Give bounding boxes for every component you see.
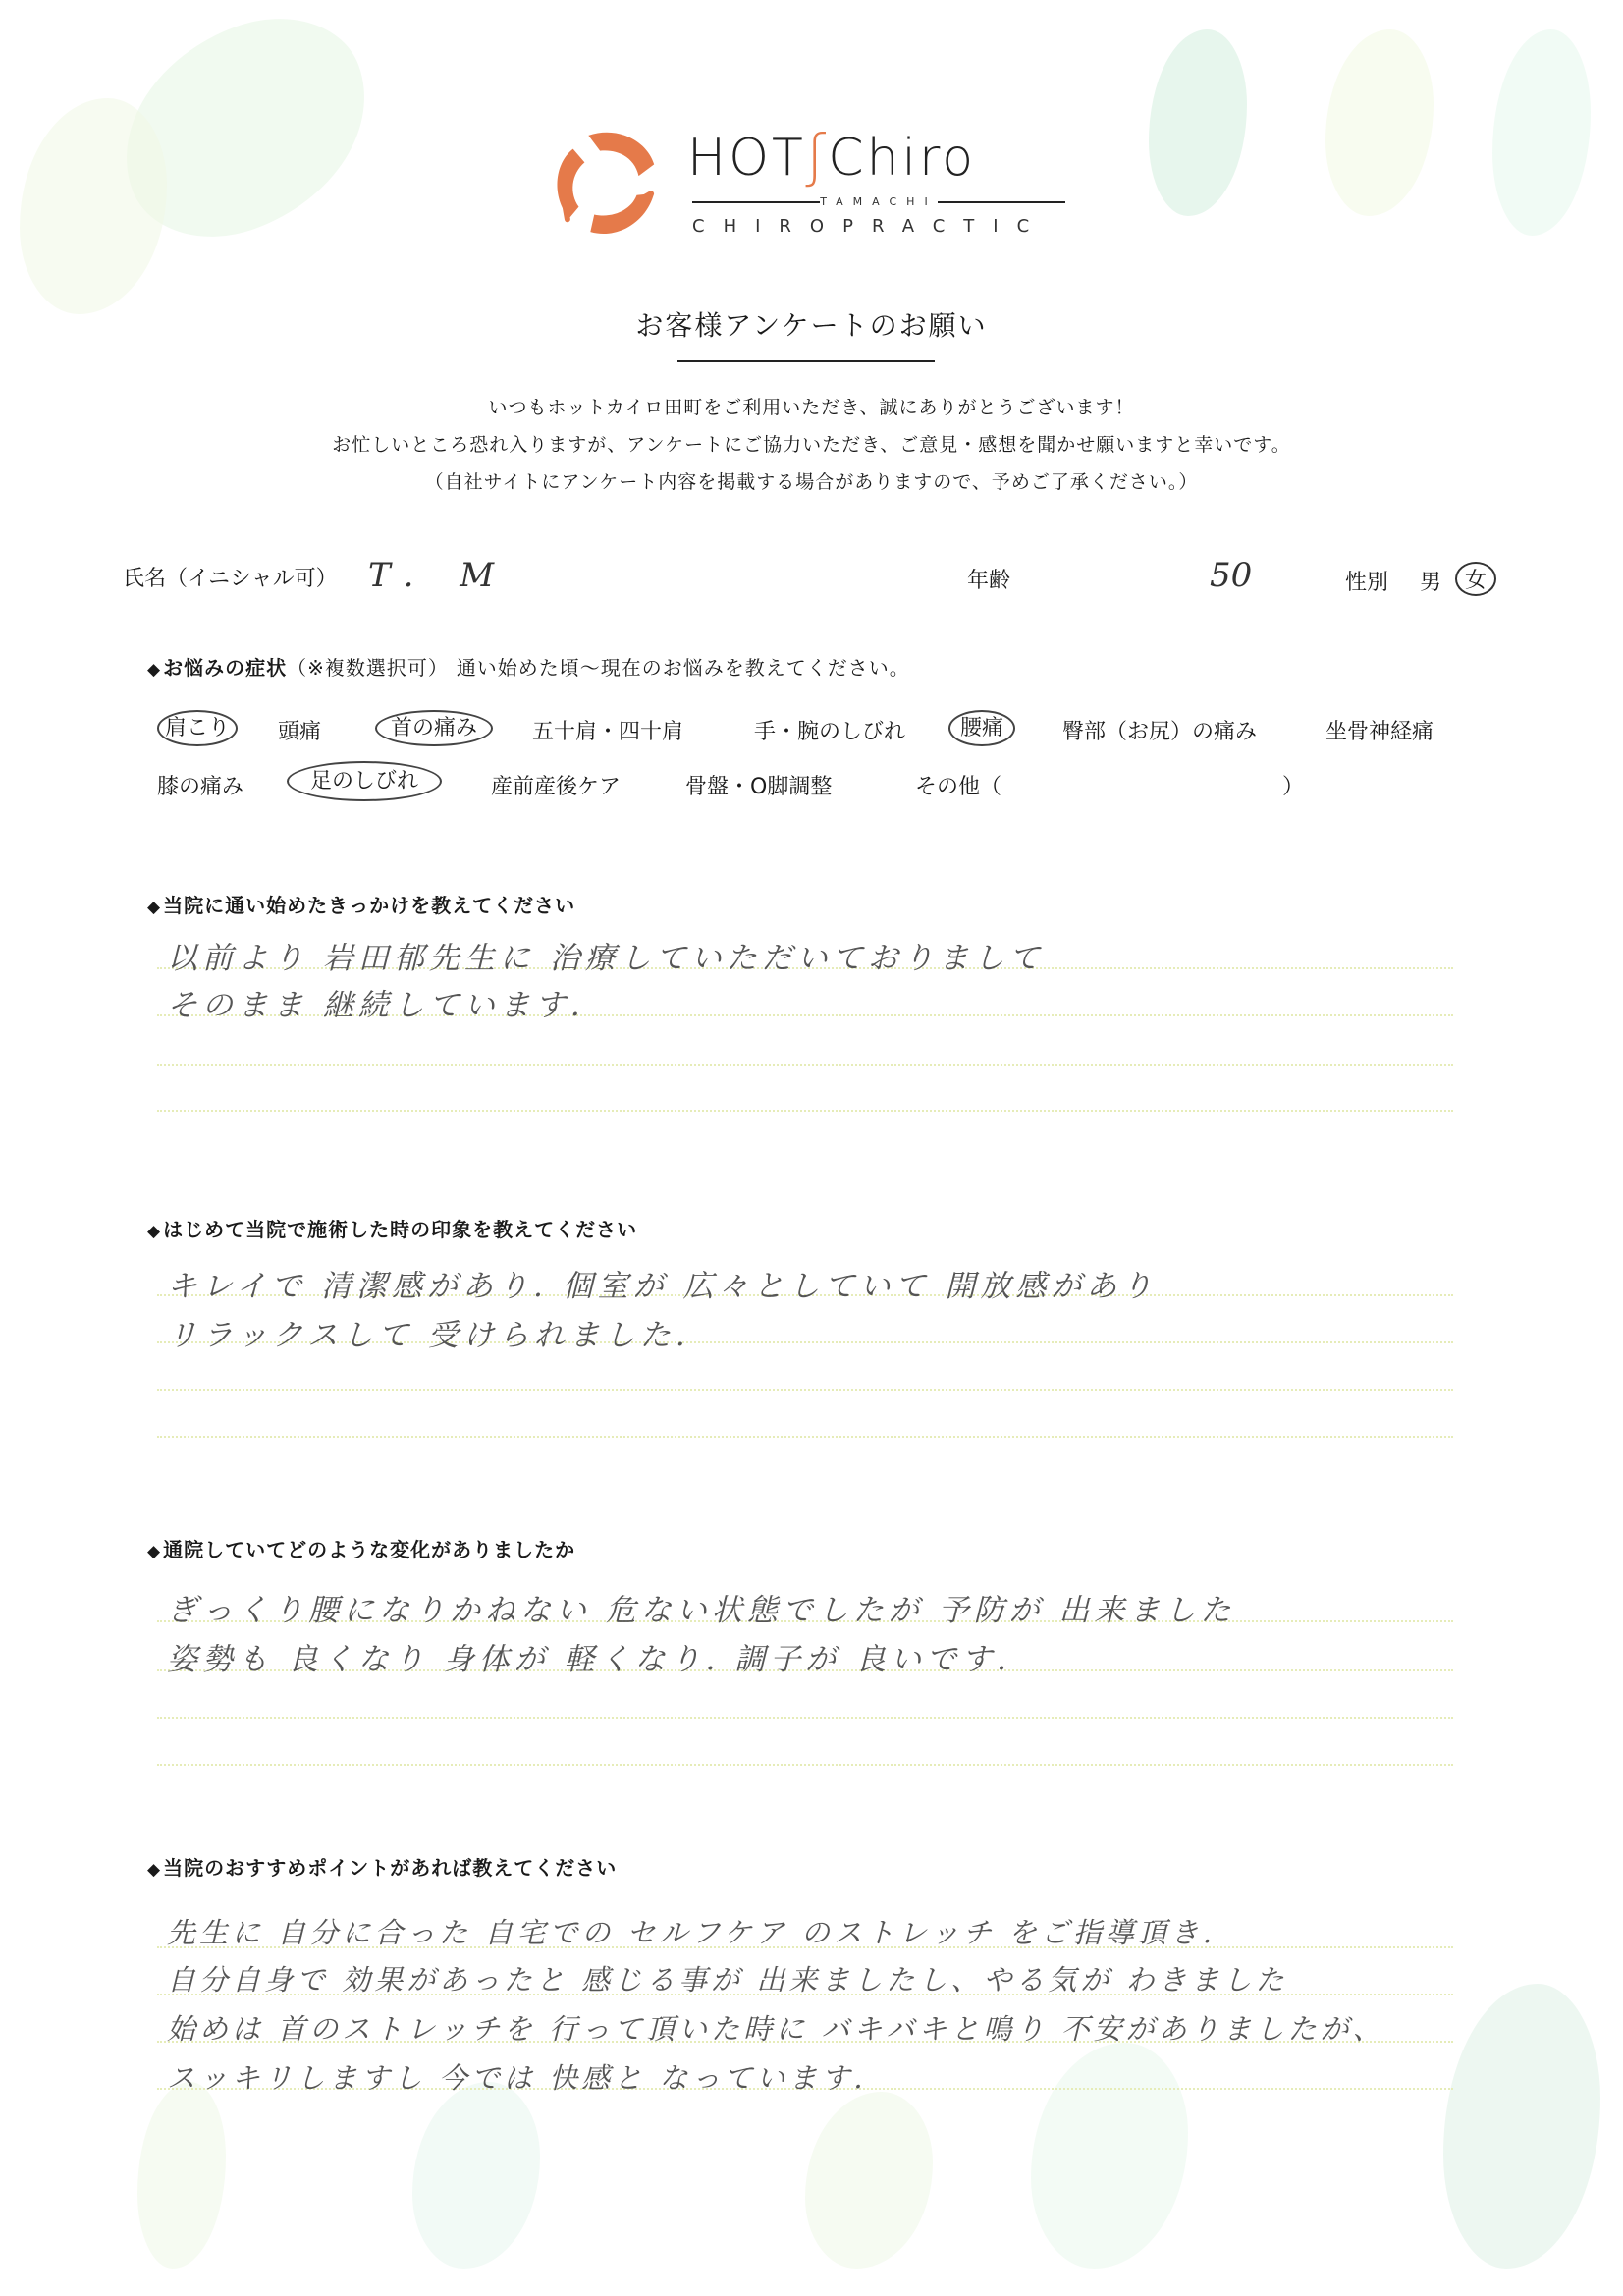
symptom-checkbox[interactable]: 首の痛み	[375, 711, 493, 741]
symptom-checkbox[interactable]: 坐骨神経痛	[1325, 715, 1434, 745]
symptom-checkbox[interactable]: 腰痛	[948, 711, 1015, 741]
symptom-checkbox[interactable]: 肩こり	[157, 711, 238, 741]
age-field[interactable]: 50	[1210, 556, 1252, 595]
name-label: 氏名（イニシャル可）	[123, 562, 338, 592]
ruled-line	[157, 1110, 1453, 1112]
answer-line[interactable]: 以前より 岩田郁先生に 治療していただいておりまして	[167, 933, 1045, 977]
symptom-label: 骨盤・O脚調整	[685, 775, 832, 799]
answer-line[interactable]: そのまま 継続しています.	[167, 980, 585, 1024]
symptom-checkbox[interactable]: 五十肩・四十肩	[532, 715, 683, 745]
symptom-label: 膝の痛み	[157, 775, 243, 799]
symptom-label: その他（	[915, 775, 1001, 799]
answer-line[interactable]: キレイで 清潔感があり. 個室が 広々としていて 開放感があり	[167, 1261, 1157, 1305]
symptom-checkbox[interactable]: 骨盤・O脚調整	[685, 770, 832, 800]
symptoms-heading: ◆お悩みの症状（※複数選択可） 通い始めた頃〜現在のお悩みを教えてください。	[147, 652, 910, 681]
age-label: 年齢	[967, 564, 1010, 594]
symptom-label: 頭痛	[278, 720, 321, 744]
symptom-checkbox[interactable]: 頭痛	[278, 715, 321, 745]
intro-line: いつもホットカイロ田町をご利用いただき、誠にありがとうございます！	[0, 393, 1623, 419]
symptom-checkbox[interactable]: 膝の痛み	[157, 770, 243, 800]
symptom-other-close: ）	[1282, 770, 1304, 800]
heading-text: 当院に通い始めたきっかけを教えてください	[163, 894, 575, 917]
diamond-icon: ◆	[147, 660, 161, 680]
leaf-decoration	[805, 2092, 933, 2269]
brand-tagline: CHIROPRACTIC	[692, 216, 1065, 238]
diamond-icon: ◆	[147, 1222, 161, 1241]
hands-circle-icon	[550, 126, 666, 242]
brand-hot: HOT	[687, 129, 806, 188]
heading-text: 通院していてどのような変化がありましたか	[163, 1538, 575, 1561]
symptom-label: 足のしびれ	[287, 761, 442, 801]
heading-text: はじめて当院で施術した時の印象を教えてください	[163, 1218, 637, 1241]
answer-line[interactable]: ぎっくり腰になりかねない 危ない状態でしたが 予防が 出来ました	[167, 1585, 1236, 1629]
heading-note: （※複数選択可）	[287, 656, 449, 680]
symptom-label: 肩こり	[157, 710, 238, 746]
leaf-decoration	[20, 98, 167, 314]
answer-line[interactable]: 自分自身で 効果があったと 感じる事が 出来ましたし、やる気が わきました	[167, 1958, 1288, 1998]
gender-option-female[interactable]: 女	[1455, 562, 1496, 596]
ruled-line	[157, 1064, 1453, 1066]
brand-location: TAMACHI	[692, 194, 1065, 210]
brand-wordmark: HOTʃChiro	[687, 126, 976, 188]
ruled-line	[157, 1764, 1453, 1766]
intro-line: （自社サイトにアンケート内容を掲載する場合がありますので、予めご了承ください。）	[0, 467, 1623, 494]
diamond-icon: ◆	[147, 1542, 161, 1561]
leaf-decoration	[1031, 2043, 1188, 2269]
symptom-checkbox[interactable]: 産前産後ケア	[491, 770, 621, 800]
answer-line[interactable]: 姿勢も 良くなり 身体が 軽くなり. 調子が 良いです.	[167, 1634, 1011, 1678]
symptom-label: 腰痛	[948, 710, 1015, 746]
answer-line[interactable]: 先生に 自分に合った 自宅での セルフケア のストレッチ をご指導頂き.	[167, 1911, 1216, 1951]
heading-text: 当院のおすすめポイントがあれば教えてください	[163, 1856, 617, 1880]
heading-text: お悩みの症状	[163, 656, 287, 680]
diamond-icon: ◆	[147, 1860, 161, 1880]
symptom-label: 産前産後ケア	[491, 775, 621, 799]
ruled-line	[157, 1436, 1453, 1438]
symptom-label: 臀部（お尻）の痛み	[1062, 720, 1257, 744]
symptom-checkbox[interactable]: 足のしびれ	[287, 764, 442, 794]
question-heading: ◆はじめて当院で施術した時の印象を教えてください	[147, 1214, 637, 1242]
name-field[interactable]: T. M	[368, 556, 512, 595]
gender-label: 性別	[1345, 566, 1388, 596]
gender-option-male[interactable]: 男	[1420, 566, 1441, 596]
leaf-decoration	[1149, 29, 1247, 216]
symptom-checkbox[interactable]: 臀部（お尻）の痛み	[1062, 715, 1257, 745]
question-heading: ◆当院のおすすめポイントがあれば教えてください	[147, 1852, 617, 1881]
answer-line[interactable]: スッキリしますし 今では 快感と なっています.	[167, 2056, 867, 2097]
symptom-label: 手・腕のしびれ	[754, 720, 905, 744]
ruled-line	[157, 1389, 1453, 1391]
leaf-decoration	[1325, 29, 1434, 216]
brand-logo: HOTʃChiro TAMACHI CHIROPRACTIC	[550, 126, 1070, 242]
flame-icon: ʃ	[806, 122, 828, 189]
symptom-label: 坐骨神経痛	[1325, 720, 1434, 744]
leaf-decoration	[1443, 1984, 1600, 2269]
title-underline	[677, 360, 935, 362]
leaf-decoration	[1492, 29, 1591, 236]
symptom-other[interactable]: その他（	[915, 770, 1001, 800]
diamond-icon: ◆	[147, 898, 161, 917]
ruled-line	[157, 1717, 1453, 1719]
symptom-label: 五十肩・四十肩	[532, 720, 683, 744]
brand-chiro: Chiro	[828, 129, 976, 188]
answer-line[interactable]: リラックスして 受けられました.	[167, 1310, 690, 1354]
symptom-label: ）	[1282, 775, 1304, 799]
symptom-checkbox[interactable]: 手・腕のしびれ	[754, 715, 905, 745]
answer-line[interactable]: 始めは 首のストレッチを 行って頂いた時に バキバキと鳴り 不安がありましたが、	[167, 2007, 1385, 2048]
divider	[938, 201, 1065, 203]
question-heading: ◆通院していてどのような変化がありましたか	[147, 1534, 575, 1562]
intro-line: お忙しいところ恐れ入りますが、アンケートにご協力いただき、ご意見・感想を聞かせ願…	[0, 430, 1623, 457]
leaf-decoration	[137, 2082, 226, 2269]
page-title: お客様アンケートのお願い	[0, 304, 1623, 344]
symptom-label: 首の痛み	[375, 710, 493, 746]
heading-sub: 通い始めた頃〜現在のお悩みを教えてください。	[457, 656, 910, 680]
leaf-decoration	[412, 2082, 540, 2269]
question-heading: ◆当院に通い始めたきっかけを教えてください	[147, 890, 575, 918]
